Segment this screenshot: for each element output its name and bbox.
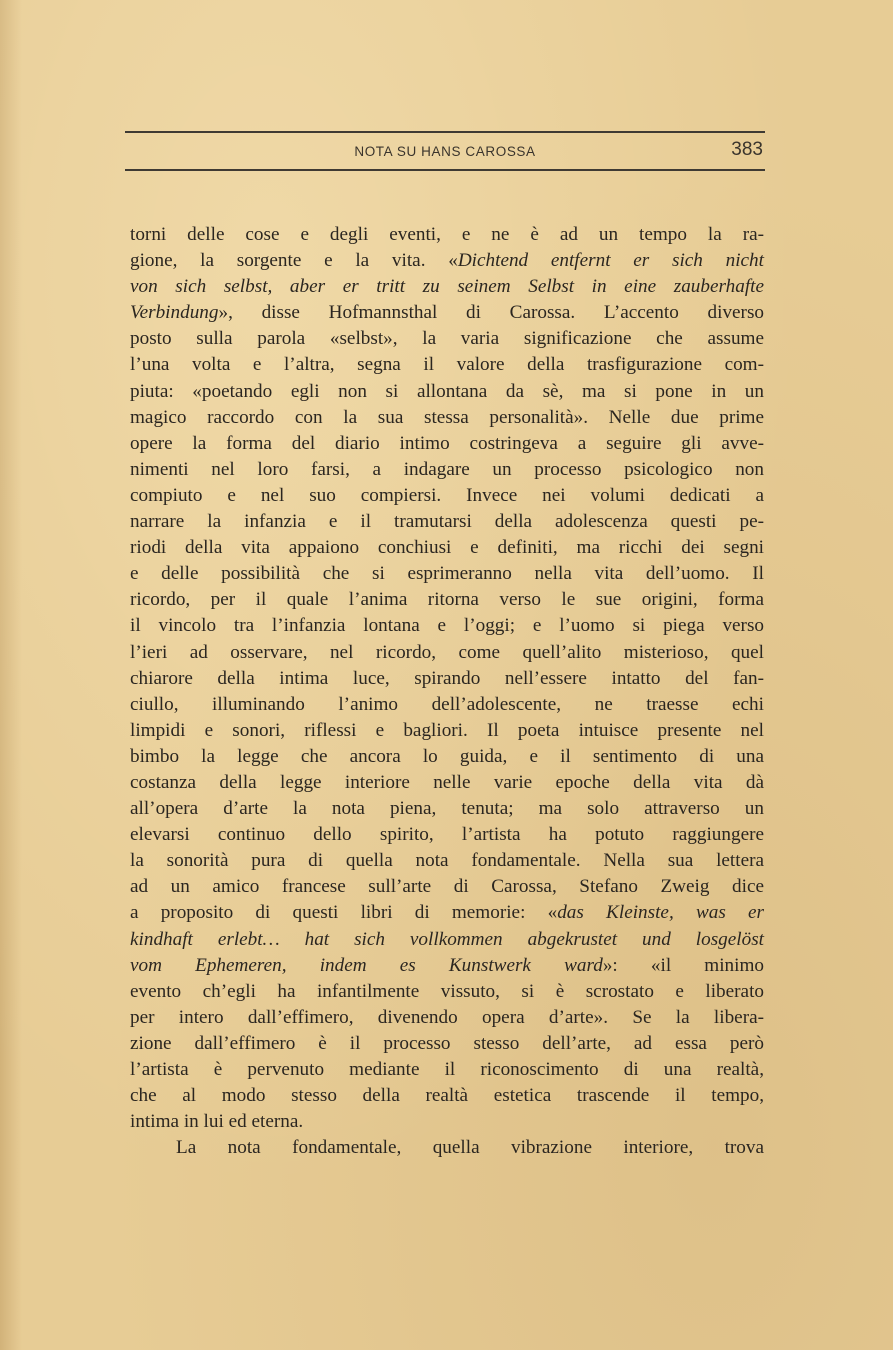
text-line: che al modo stesso della realtà estetica… [130, 1083, 764, 1109]
italic-quote-segment: von sich selbst, aber er tritt zu seinem… [130, 276, 764, 297]
header-rule-top [125, 131, 765, 133]
text-segment: che al modo stesso della realtà estetica… [130, 1085, 764, 1106]
text-segment: il vincolo tra l’infanzia lontana e l’og… [130, 615, 764, 636]
text-line: riodi della vita appaiono conchiusi e de… [130, 535, 764, 561]
text-segment: per intero dall’effimero, divenendo oper… [130, 1007, 764, 1028]
text-segment: narrare la infanzia e il tramutarsi dell… [130, 511, 764, 532]
text-line: l’una volta e l’altra, segna il valore d… [130, 352, 764, 378]
text-segment: ricordo, per il quale l’anima ritorna ve… [130, 589, 764, 610]
text-line: costanza della legge interiore nelle var… [130, 770, 764, 796]
text-line: evento ch’egli ha infantilmente vissuto,… [130, 979, 764, 1005]
text-segment: magico raccordo con la sua stessa person… [130, 407, 764, 428]
text-segment: l’una volta e l’altra, segna il valore d… [130, 354, 764, 375]
text-segment: l’artista è pervenuto mediante il ricono… [130, 1059, 764, 1080]
italic-quote-segment: vom Ephemeren, indem es Kunstwerk ward [130, 955, 603, 976]
text-line: kindhaft erlebt… hat sich vollkommen abg… [130, 927, 764, 953]
text-segment: l’ieri ad osservare, nel ricordo, come q… [130, 642, 764, 663]
text-segment: torni delle cose e degli eventi, e ne è … [130, 224, 764, 245]
text-line: intima in lui ed eterna. [130, 1109, 764, 1135]
text-segment: all’opera d’arte la nota piena, tenuta; … [130, 798, 764, 819]
text-line: a proposito di questi libri di memorie: … [130, 900, 764, 926]
text-segment: elevarsi continuo dello spirito, l’artis… [130, 824, 764, 845]
text-line: bimbo la legge che ancora lo guida, e il… [130, 744, 764, 770]
text-line: ad un amico francese sull’arte di Caross… [130, 874, 764, 900]
text-segment: ciullo, illuminando l’animo dell’adolesc… [130, 694, 764, 715]
page-number: 383 [731, 139, 763, 161]
text-line: ciullo, illuminando l’animo dell’adolesc… [130, 692, 764, 718]
body-text: torni delle cose e degli eventi, e ne è … [130, 222, 764, 1161]
header-rule-bottom [125, 169, 765, 171]
text-line: posto sulla parola «selbst», la varia si… [130, 326, 764, 352]
text-line: nimenti nel loro farsi, a indagare un pr… [130, 457, 764, 483]
text-segment: e delle possibilità che si esprimeranno … [130, 563, 764, 584]
text-line: limpidi e sonori, riflessi e bagliori. I… [130, 718, 764, 744]
text-segment: limpidi e sonori, riflessi e bagliori. I… [130, 720, 764, 741]
text-line: gione, la sorgente e la vita. «Dichtend … [130, 248, 764, 274]
text-line: vom Ephemeren, indem es Kunstwerk ward»:… [130, 953, 764, 979]
text-segment: zione dall’effimero è il processo stesso… [130, 1033, 764, 1054]
text-line: La nota fondamentale, quella vibrazione … [130, 1135, 764, 1161]
text-segment: piuta: «poetando egli non si allontana d… [130, 381, 764, 402]
text-line: chiarore della intima luce, spirando nel… [130, 666, 764, 692]
text-line: von sich selbst, aber er tritt zu seinem… [130, 274, 764, 300]
running-head: NOTA SU HANS CAROSSA 383 [125, 139, 765, 165]
italic-quote-segment: Verbindung [130, 302, 218, 323]
text-line: narrare la infanzia e il tramutarsi dell… [130, 509, 764, 535]
italic-quote-segment: kindhaft erlebt… hat sich vollkommen abg… [130, 929, 764, 950]
text-segment: compiuto e nel suo compiersi. Invece nei… [130, 485, 764, 506]
text-line: elevarsi continuo dello spirito, l’artis… [130, 822, 764, 848]
text-segment: La nota fondamentale, quella vibrazione … [176, 1137, 764, 1158]
text-line: per intero dall’effimero, divenendo oper… [130, 1005, 764, 1031]
text-segment: a proposito di questi libri di memorie: … [130, 902, 557, 923]
book-page: NOTA SU HANS CAROSSA 383 torni delle cos… [0, 0, 893, 1350]
text-line: e delle possibilità che si esprimeranno … [130, 561, 764, 587]
text-segment: »: «il minimo [603, 955, 764, 976]
text-line: il vincolo tra l’infanzia lontana e l’og… [130, 613, 764, 639]
text-segment: costanza della legge interiore nelle var… [130, 772, 764, 793]
text-segment: la sonorità pura di quella nota fondamen… [130, 850, 764, 871]
text-segment: bimbo la legge che ancora lo guida, e il… [130, 746, 764, 767]
text-line: magico raccordo con la sua stessa person… [130, 405, 764, 431]
text-line: l’ieri ad osservare, nel ricordo, come q… [130, 640, 764, 666]
text-line: ricordo, per il quale l’anima ritorna ve… [130, 587, 764, 613]
text-segment: ad un amico francese sull’arte di Caross… [130, 876, 764, 897]
text-line: piuta: «poetando egli non si allontana d… [130, 379, 764, 405]
text-segment: evento ch’egli ha infantilmente vissuto,… [130, 981, 764, 1002]
italic-quote-segment: das Kleinste, was er [557, 902, 764, 923]
text-line: all’opera d’arte la nota piena, tenuta; … [130, 796, 764, 822]
text-line: Verbindung», disse Hofmannsthal di Caros… [130, 300, 764, 326]
text-line: opere la forma del diario intimo costrin… [130, 431, 764, 457]
text-segment: chiarore della intima luce, spirando nel… [130, 668, 764, 689]
text-line: compiuto e nel suo compiersi. Invece nei… [130, 483, 764, 509]
text-segment: opere la forma del diario intimo costrin… [130, 433, 764, 454]
text-segment: posto sulla parola «selbst», la varia si… [130, 328, 764, 349]
italic-quote-segment: Dichtend entfernt er sich nicht [458, 250, 764, 271]
text-segment: gione, la sorgente e la vita. « [130, 250, 458, 271]
text-line: torni delle cose e degli eventi, e ne è … [130, 222, 764, 248]
text-segment: intima in lui ed eterna. [130, 1111, 303, 1132]
text-segment: », disse Hofmannsthal di Carossa. L’acce… [218, 302, 764, 323]
text-line: l’artista è pervenuto mediante il ricono… [130, 1057, 764, 1083]
text-segment: riodi della vita appaiono conchiusi e de… [130, 537, 764, 558]
text-line: zione dall’effimero è il processo stesso… [130, 1031, 764, 1057]
text-line: la sonorità pura di quella nota fondamen… [130, 848, 764, 874]
text-segment: nimenti nel loro farsi, a indagare un pr… [130, 459, 764, 480]
running-title: NOTA SU HANS CAROSSA [125, 144, 765, 159]
